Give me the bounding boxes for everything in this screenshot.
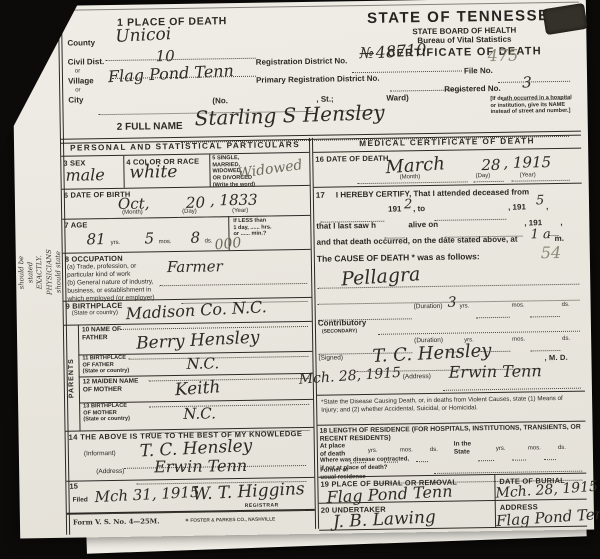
burial-date-cell: DATE OF BURIAL Mch. 28, 1915 [494, 474, 587, 501]
dod-month-caption: (Month) [400, 174, 421, 180]
filed-number: 15 [69, 482, 78, 491]
registered-no-value: 3 [522, 73, 532, 91]
mother-birthplace-value: N.C. [183, 404, 216, 423]
registered-no-label: Registered No. [444, 84, 501, 94]
mother-maiden-label: 12 MAIDEN NAME OF MOTHER [83, 378, 139, 395]
md-label: , M. D. [544, 353, 568, 362]
attended-from-year-print: 191 [388, 204, 401, 213]
or-label-1: or [75, 68, 80, 74]
medical-column: MEDICAL CERTIFICATE OF DEATH 16 DATE OF … [313, 133, 587, 531]
form-number: Form V. S. No. 4—25M. [73, 517, 160, 526]
dob-year-caption: (Year) [232, 208, 248, 214]
civil-dist-value: 10 [156, 47, 175, 65]
attended-comma: , [546, 202, 548, 211]
duration2-months-unit: mos. [512, 337, 525, 343]
occupation-a-value: Farmer [167, 257, 223, 276]
death-hour-hand: 1 a [530, 227, 550, 242]
attended-to-line [434, 210, 506, 221]
certificate-paper: WRITE PLAINLY, WITH UNFADING INK—THIS IS… [12, 0, 594, 538]
village-label: Village [68, 76, 94, 85]
age-months-unit: mos. [159, 239, 172, 245]
undertaker-value: J. B. Lawing [333, 507, 437, 532]
duration2-days-line [530, 341, 560, 351]
county-label: County [67, 38, 95, 47]
attended-to-year-print: , 191 [508, 202, 526, 211]
occupation-box: 8 OCCUPATION (a) Trade, profession, or p… [63, 249, 312, 302]
certification-box: 17 I HEREBY CERTIFY, That I attended dec… [314, 183, 585, 395]
undertaker-address-cell: ADDRESS Flag Pond Tenn [495, 500, 588, 527]
informant-label: (Informant) [84, 450, 116, 459]
duration-label: (Duration) [414, 303, 443, 312]
in-state-years-line [478, 451, 494, 461]
dod-day-caption: (Day) [476, 173, 491, 179]
age-years-unit: yrs. [111, 240, 121, 246]
date-of-death-box: 16 DATE OF DEATH March 28 , 1915 (Month)… [313, 149, 582, 188]
hospital-note: [If death occurred in a hospital or inst… [490, 95, 578, 116]
county-line [106, 49, 256, 61]
registrar-label: REGISTRAR [245, 502, 279, 509]
at-place-years-unit: yrs. [368, 448, 378, 454]
birthplace-caption: (State or country) [72, 310, 118, 317]
sex-box: 3 SEX male [61, 156, 124, 189]
dod-year-value: , 1915 [503, 153, 551, 172]
attended-to-word: , to [413, 204, 425, 213]
contributory-line [378, 322, 580, 335]
marital-box: 5 SINGLE, MARRIED, WIDOWED, OR DIVORCED … [209, 153, 309, 187]
at-place-days-unit: ds. [430, 447, 438, 453]
duration-days-unit: ds. [562, 302, 570, 308]
attended-from-year-hand: 2 [404, 197, 413, 212]
village-value: Flag Pond Tenn [108, 61, 235, 86]
cause-of-death-label: The CAUSE OF DEATH * was as follows: [317, 251, 480, 264]
father-name-label: 10 NAME OF FATHER [82, 326, 121, 343]
last-saw-text-1: that I last saw h [316, 221, 376, 231]
occupation-a-label: (a) Trade, profession, or particular kin… [67, 262, 162, 280]
father-birthplace-label: 11 BIRTHPLACE OF FATHER (State or countr… [82, 355, 129, 376]
undertaker-box: ADDRESS Flag Pond Tenn 20 UNDERTAKER J. … [319, 499, 587, 531]
age-days-value: 8 [190, 229, 200, 247]
civil-dist-label: Civil Dist. [68, 57, 105, 67]
certificate-form: 1 PLACE OF DEATH County Unicoi Civil Dis… [58, 2, 587, 535]
duration-days-line [530, 307, 560, 317]
printer-credit: ✶ FOSTER & PARKES CO., NASHVILLE [185, 517, 275, 523]
margin-nb-note: N. B.—Every item of information should b… [12, 243, 66, 300]
duration-months-unit: mos. [512, 303, 525, 309]
registration-district-label: Registration District No. [256, 56, 348, 66]
residence-box: 18 LENGTH OF RESIDENCE (FOR HOSPITALS, I… [317, 421, 586, 478]
signed-address-label: (Address) [403, 373, 431, 382]
street-no-label: (No. [212, 96, 228, 105]
in-state-label: In the State [454, 440, 472, 457]
full-name-value: Starling S Hensley [194, 100, 385, 130]
age-days-unit: ds. [205, 238, 213, 244]
certify-number: 17 [316, 191, 325, 200]
signed-address-line [443, 379, 581, 391]
signed-label: (Signed) [318, 354, 343, 363]
residence-label: 18 LENGTH OF RESIDENCE (FOR HOSPITALS, I… [320, 424, 582, 444]
in-state-days-line [544, 450, 556, 460]
informant-address-label: (Address) [96, 468, 124, 477]
duration-years-unit: yrs. [460, 303, 470, 309]
city-label: City [68, 95, 83, 104]
sex-race-marital-row: 3 SEX male 4 COLOR OR RACE white 5 SINGL… [61, 153, 309, 190]
at-place-months-unit: mos. [400, 447, 413, 453]
race-value: white [129, 162, 177, 183]
age-months-value: 5 [144, 229, 154, 247]
informant-box: 14 THE ABOVE IS TRUE TO THE BEST OF MY K… [66, 427, 315, 482]
dob-month-caption: (Month) [122, 210, 143, 216]
age-box: 7 AGE 81 yrs. 5 mos. 8 ds. If LESS than … [62, 215, 311, 254]
sex-value: male [65, 165, 105, 185]
in-state-years-unit: yrs. [496, 446, 506, 452]
last-saw-text-2: alive on [408, 220, 438, 229]
death-hour-m: m. [554, 234, 563, 243]
county-value: Unicoi [115, 24, 172, 47]
father-name-box: 10 NAME OF FATHER Berry Hensley [78, 321, 312, 356]
file-no-label: File No. [464, 66, 493, 75]
or-label-2: or [75, 87, 80, 93]
cause-code-pencil: 54 [541, 243, 562, 262]
attended-to-year-hand: 5 [536, 193, 545, 208]
in-state-days-unit: ds. [558, 445, 566, 451]
filed-box: 15 Filed Mch 31, 1915 W. T. Higgins REGI… [66, 477, 315, 515]
age-years-value: 81 [86, 230, 105, 248]
contributory-label: Contributory [318, 318, 367, 328]
mother-birthplace-label: 13 BIRTHPLACE OF MOTHER (State or countr… [83, 403, 130, 424]
file-no-value: 475 [488, 46, 519, 65]
age-label: 7 AGE [64, 220, 87, 229]
full-name-label: 2 FULL NAME [117, 121, 183, 133]
personal-column: PERSONAL AND STATISTICAL PARTICULARS 3 S… [61, 137, 315, 535]
last-saw-year-print: , 191 [524, 218, 542, 227]
certificate-title: CERTIFICATE OF DEATH [350, 45, 580, 61]
dod-year-caption: (Year) [520, 172, 536, 178]
secondary-label: (SECONDARY) [322, 328, 357, 335]
certify-text: I HEREBY CERTIFY, That I attended deceas… [336, 187, 529, 199]
occupation-a-line [159, 274, 307, 286]
duration-years-value: 3 [447, 295, 456, 311]
duration-months-line [476, 308, 510, 319]
parents-label: PARENTS [68, 358, 76, 398]
dob-day-caption: (Day) [182, 209, 197, 215]
scanned-death-certificate: { "m": { "bold": "WRITE PLAINLY, WITH UN… [0, 0, 600, 559]
dod-label: 16 DATE OF DEATH [315, 154, 388, 164]
in-state-months-line [512, 451, 526, 461]
death-occurred-text: and that death occurred, on the date sta… [317, 235, 518, 247]
cause-footnote: *State the Disease Causing Death, or, in… [321, 395, 579, 415]
race-box: 4 COLOR OR RACE white [123, 154, 210, 187]
filed-label: Filed [73, 496, 88, 504]
last-saw-comma: , [560, 218, 562, 227]
in-state-months-unit: mos. [528, 445, 541, 451]
duration2-days-unit: ds. [562, 336, 570, 342]
file-no-line [498, 72, 570, 83]
